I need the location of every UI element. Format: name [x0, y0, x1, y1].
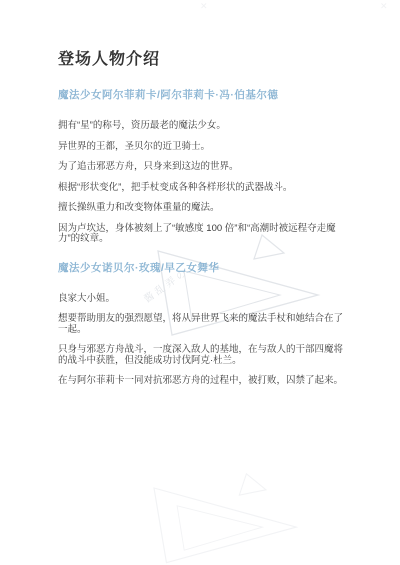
paragraph: 拥有“星”的称号，资历最老的魔法少女。 — [58, 121, 345, 132]
section-character-1: 魔法少女阿尔菲莉卡/阿尔菲莉卡·冯·伯基尔德 拥有“星”的称号，资历最老的魔法少… — [58, 87, 345, 245]
paragraph: 为了追击邪恶方舟，只身来到这边的世界。 — [58, 162, 345, 173]
paragraph: 想要帮助朋友的强烈愿望，将从异世界飞来的魔法手杖和她结合在了一起。 — [58, 314, 345, 335]
paragraph: 异世界的王都，圣贝尔的近卫骑士。 — [58, 142, 345, 153]
section-heading: 魔法少女阿尔菲莉卡/阿尔菲莉卡·冯·伯基尔德 — [58, 87, 345, 102]
faint-cross-mark-icon: ✕ — [200, 1, 208, 12]
paragraph: 擅长操纵重力和改变物体重量的魔法。 — [58, 203, 345, 214]
paragraph: 只身与邪恶方舟战斗，一度深入敌人的基地，在与敌人的干部四魔将的战斗中获胜，但没能… — [58, 345, 345, 366]
page-title: 登场人物介绍 — [58, 46, 345, 69]
section-character-2: 魔法少女诺贝尔·玫瑰/早乙女舞华 良家大小姐。 想要帮助朋友的强烈愿望，将从异世… — [58, 260, 345, 387]
watermark-triangle-icon — [146, 472, 306, 565]
paragraph: 根据“形状变化”，把手杖变成各种各样形状的武器战斗。 — [58, 183, 345, 194]
paragraph: 良家大小姐。 — [58, 294, 345, 305]
faint-cross-mark-icon: ✕ — [380, 1, 388, 12]
document-page: ✕ ✕ 酱乱弄の 登场人物介绍 魔法少女阿尔菲莉卡/阿尔菲莉卡·冯·伯基尔德 拥… — [0, 0, 400, 565]
paragraph: 因为卢坎达，身体被刻上了“敏感度 100 倍”和“高潮时被远程夺走魔力”的纹章。 — [58, 224, 345, 245]
watermark-bottom — [146, 472, 306, 565]
paragraph: 在与阿尔菲莉卡一同对抗邪恶方舟的过程中，被打败，囚禁了起来。 — [58, 376, 345, 387]
section-heading: 魔法少女诺贝尔·玫瑰/早乙女舞华 — [58, 260, 345, 275]
document-content: 登场人物介绍 魔法少女阿尔菲莉卡/阿尔菲莉卡·冯·伯基尔德 拥有“星”的称号，资… — [58, 46, 345, 387]
